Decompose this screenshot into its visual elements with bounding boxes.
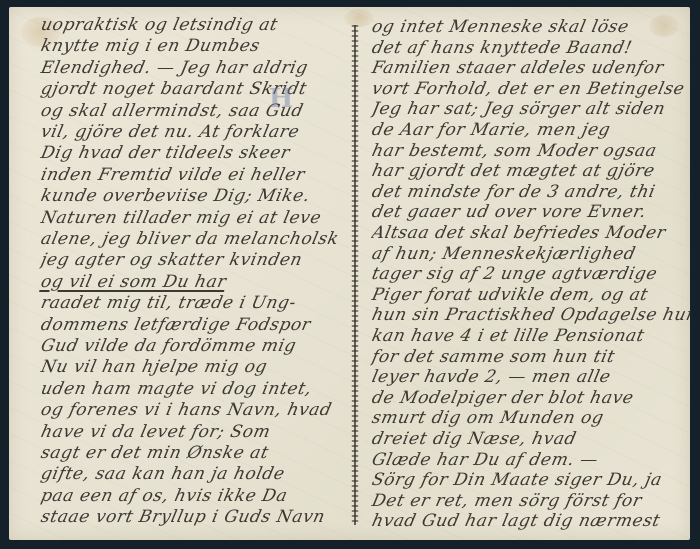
handwritten-line: kan have 4 i et lille Pensionat (370, 326, 692, 346)
handwritten-line: hvad Gud har lagt dig nærmest (370, 511, 692, 531)
handwritten-line: inden Fremtid vilde ei heller (39, 165, 351, 185)
handwritten-line: raadet mig til, træde i Ung- (39, 293, 351, 313)
right-page: og intet Menneske skal lösedet af hans k… (356, 7, 690, 540)
handwritten-line: uopraktisk og letsindig at (39, 15, 351, 35)
handwritten-line: uden ham magte vi dog intet, (39, 379, 351, 399)
handwritten-line: og vil ei som Du har (39, 272, 351, 292)
handwritten-line: de Modelpiger der blot have (370, 388, 692, 408)
handwritten-line: Piger forat udvikle dem, og at (370, 285, 692, 305)
letter-sheet: uopraktisk og letsindig atknytte mig i e… (9, 7, 690, 540)
handwritten-line: Det er ret, men sörg först for (370, 491, 692, 511)
handwritten-line: Nu vil han hjelpe mig og (39, 357, 351, 377)
archive-stamp-mark: H (267, 83, 295, 115)
handwritten-line: paa een af os, hvis ikke Da (39, 486, 351, 506)
handwritten-line: og intet Menneske skal löse (370, 17, 692, 37)
handwritten-line: leyer havde 2, — men alle (370, 367, 692, 387)
handwritten-line: sagt er det min Ønske at (39, 443, 351, 463)
handwritten-line: Gud vilde da fordömme mig (39, 336, 351, 356)
handwritten-line: alene, jeg bliver da melancholsk (39, 229, 351, 249)
handwritten-line: knytte mig i en Dumbes (39, 36, 351, 56)
handwritten-line: gifte, saa kan han ja holde (39, 464, 351, 484)
handwritten-line: det af hans knyttede Baand! (370, 38, 692, 58)
handwritten-line: og skal allermindst, saa Gud (39, 101, 351, 121)
handwritten-line: har gjordt det mægtet at gjöre (370, 161, 692, 181)
handwritten-line: dreiet dig Næse, hvad (370, 429, 692, 449)
handwritten-line: gjordt noget baardant Skridt (39, 79, 351, 99)
handwritten-line: af hun; Menneskekjærlighed (370, 244, 692, 264)
handwritten-line: Elendighed. — Jeg har aldrig (39, 58, 351, 78)
handwritten-line: Jeg har sat; Jeg sörger alt siden (370, 99, 692, 119)
handwritten-line: det gaaer ud over vore Evner. (370, 202, 692, 222)
handwritten-line: Familien staaer aldeles udenfor (370, 58, 692, 78)
handwritten-line: for det samme som hun tit (370, 347, 692, 367)
handwritten-line: Altsaa det skal befriedes Moder (370, 223, 692, 243)
handwritten-line: og forenes vi i hans Navn, hvad (39, 400, 351, 420)
handwritten-line: har bestemt, som Moder ogsaa (370, 141, 692, 161)
handwritten-line: Dig hvad der tildeels skeer (39, 143, 351, 163)
handwritten-line: Naturen tillader mig ei at leve (39, 208, 351, 228)
handwritten-line: Sörg for Din Maate siger Du, ja (370, 470, 692, 490)
handwritten-line: kunde overbeviise Dig; Mike. (39, 186, 351, 206)
handwritten-line: staae vort Bryllup i Guds Navn (39, 507, 351, 527)
handwritten-line: dommens letfærdige Fodspor (39, 315, 351, 335)
handwritten-line: vil, gjöre det nu. At forklare (39, 122, 351, 142)
handwritten-line: de Aar for Marie, men jeg (370, 120, 692, 140)
handwritten-line: vort Forhold, det er en Betingelse (370, 79, 692, 99)
handwritten-line: Glæde har Du af dem. — (370, 450, 692, 470)
handwritten-line: hun sin Practiskhed Opdagelse hun (370, 305, 692, 325)
left-page: uopraktisk og letsindig atknytte mig i e… (9, 7, 353, 540)
handwritten-line: have vi da levet for; Som (39, 422, 351, 442)
handwritten-line: det mindste for de 3 andre, thi (370, 182, 692, 202)
handwritten-line: jeg agter og skatter kvinden (39, 250, 351, 270)
handwritten-line: smurt dig om Munden og (370, 408, 692, 428)
handwritten-line: tager sig af 2 unge agtværdige (370, 264, 692, 284)
